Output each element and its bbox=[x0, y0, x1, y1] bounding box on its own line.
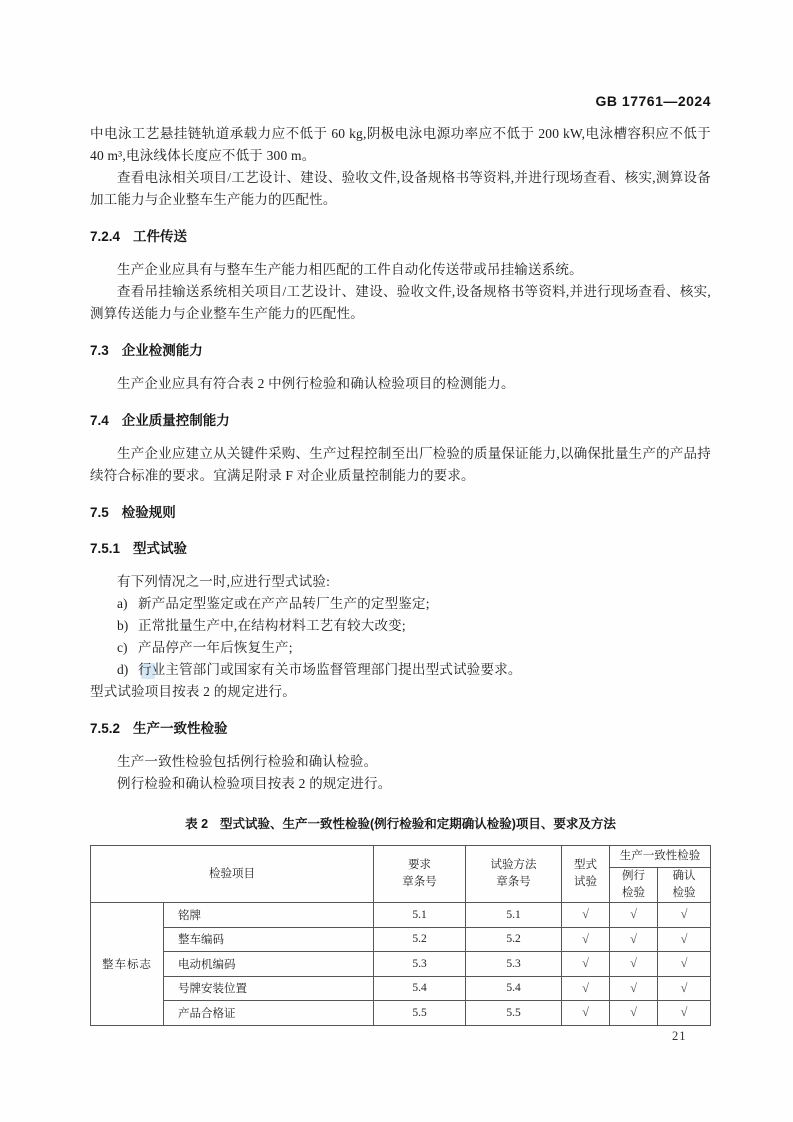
document-page: GB 17761—2024 中电泳工艺悬挂链轨道承载力应不低于 60 kg,阴极… bbox=[0, 0, 793, 1122]
list-item-label: a) bbox=[117, 593, 138, 615]
cell-item: 整车编码 bbox=[164, 927, 374, 952]
paragraph: 查看吊挂输送系统相关项目/工艺设计、建设、验收文件,设备规格书等资料,并进行现场… bbox=[90, 281, 711, 325]
paragraph: 型式试验项目按表 2 的规定进行。 bbox=[90, 681, 711, 703]
doc-number: GB 17761—2024 bbox=[596, 93, 711, 109]
section-heading-7-4: 7.4 企业质量控制能力 bbox=[90, 411, 711, 431]
list-item-label: c) bbox=[117, 637, 138, 659]
list-item-label: b) bbox=[117, 615, 138, 637]
cell-requirement: 5.3 bbox=[374, 952, 466, 977]
section-number: 7.5.2 bbox=[90, 719, 120, 739]
section-number: 7.5.1 bbox=[90, 539, 120, 559]
table-row: 号牌安装位置 5.4 5.4 √ √ √ bbox=[91, 976, 711, 1001]
list-item: c) 产品停产一年后恢复生产; bbox=[90, 637, 711, 659]
section-heading-7-5: 7.5 检验规则 bbox=[90, 503, 711, 523]
col-header-type-test: 型式 试验 bbox=[562, 846, 610, 903]
cell-requirement: 5.4 bbox=[374, 976, 466, 1001]
cell-item: 铭牌 bbox=[164, 903, 374, 928]
list-item: d) 行业主管部门或国家有关市场监督管理部门提出型式试验要求。 bbox=[90, 659, 711, 681]
cell-item: 产品合格证 bbox=[164, 1001, 374, 1026]
cell-confirm-check: √ bbox=[658, 976, 711, 1001]
col-header-confirm: 确认 检验 bbox=[658, 868, 711, 903]
cell-confirm-check: √ bbox=[658, 952, 711, 977]
cell-requirement: 5.1 bbox=[374, 903, 466, 928]
col-header-item: 检验项目 bbox=[91, 846, 374, 903]
cell-requirement: 5.5 bbox=[374, 1001, 466, 1026]
section-title: 企业质量控制能力 bbox=[122, 411, 230, 431]
section-title: 生产一致性检验 bbox=[133, 719, 228, 739]
col-header-line: 型式 bbox=[565, 857, 606, 874]
cell-method: 5.2 bbox=[466, 927, 562, 952]
section-heading-7-3: 7.3 企业检测能力 bbox=[90, 341, 711, 361]
cell-type-test-check: √ bbox=[562, 927, 610, 952]
paragraph: 例行检验和确认检验项目按表 2 的规定进行。 bbox=[90, 773, 711, 795]
cell-routine-check: √ bbox=[610, 1001, 658, 1026]
table-row: 整车编码 5.2 5.2 √ √ √ bbox=[91, 927, 711, 952]
cell-routine-check: √ bbox=[610, 927, 658, 952]
row-group-label: 整车标志 bbox=[91, 903, 164, 1026]
section-heading-7-5-2: 7.5.2 生产一致性检验 bbox=[90, 719, 711, 739]
paragraph: 生产一致性检验包括例行检验和确认检验。 bbox=[90, 751, 711, 773]
inspection-items-table: 检验项目 要求 章条号 试验方法 章条号 型式 试验 生产一致性检验 bbox=[90, 845, 711, 1026]
cell-type-test-check: √ bbox=[562, 1001, 610, 1026]
paragraph: 生产企业应具有符合表 2 中例行检验和确认检验项目的检测能力。 bbox=[90, 373, 711, 395]
list-item-text: 新产品定型鉴定或在产产品转厂生产的定型鉴定; bbox=[138, 593, 711, 615]
cell-method: 5.4 bbox=[466, 976, 562, 1001]
cell-type-test-check: √ bbox=[562, 976, 610, 1001]
cell-confirm-check: √ bbox=[658, 927, 711, 952]
col-header-method: 试验方法 章条号 bbox=[466, 846, 562, 903]
paragraph: 查看电泳相关项目/工艺设计、建设、验收文件,设备规格书等资料,并进行现场查看、核… bbox=[90, 167, 711, 211]
cell-method: 5.5 bbox=[466, 1001, 562, 1026]
list-item-text: 产品停产一年后恢复生产; bbox=[138, 637, 711, 659]
page-number: 21 bbox=[672, 1029, 687, 1044]
cell-item: 号牌安装位置 bbox=[164, 976, 374, 1001]
section-number: 7.4 bbox=[90, 411, 109, 431]
col-header-line: 章条号 bbox=[377, 874, 462, 891]
section-heading-7-5-1: 7.5.1 型式试验 bbox=[90, 539, 711, 559]
table-caption-text: 型式试验、生产一致性检验(例行检验和定期确认检验)项目、要求及方法 bbox=[220, 814, 616, 832]
cell-type-test-check: √ bbox=[562, 952, 610, 977]
cell-routine-check: √ bbox=[610, 903, 658, 928]
section-number: 7.5 bbox=[90, 503, 109, 523]
col-header-line: 检验 bbox=[661, 885, 707, 902]
cell-confirm-check: √ bbox=[658, 903, 711, 928]
paragraph: 中电泳工艺悬挂链轨道承载力应不低于 60 kg,阴极电泳电源功率应不低于 200… bbox=[90, 123, 711, 167]
table-row: 电动机编码 5.3 5.3 √ √ √ bbox=[91, 952, 711, 977]
section-title: 企业检测能力 bbox=[122, 341, 203, 361]
page-content: 中电泳工艺悬挂链轨道承载力应不低于 60 kg,阴极电泳电源功率应不低于 200… bbox=[90, 123, 711, 1026]
list-item-label: d) bbox=[117, 659, 138, 681]
col-header-line: 章条号 bbox=[469, 874, 558, 891]
section-number: 7.3 bbox=[90, 341, 109, 361]
section-number: 7.2.4 bbox=[90, 227, 120, 247]
table-row: 整车标志 铭牌 5.1 5.1 √ √ √ bbox=[91, 903, 711, 928]
col-header-line: 试验方法 bbox=[469, 857, 558, 874]
section-title: 检验规则 bbox=[122, 503, 176, 523]
col-header-line: 检验 bbox=[613, 885, 654, 902]
paragraph: 有下列情况之一时,应进行型式试验: bbox=[90, 571, 711, 593]
section-title: 型式试验 bbox=[133, 539, 187, 559]
list-item: a) 新产品定型鉴定或在产产品转厂生产的定型鉴定; bbox=[90, 593, 711, 615]
table-row: 产品合格证 5.5 5.5 √ √ √ bbox=[91, 1001, 711, 1026]
paragraph: 生产企业应具有与整车生产能力相匹配的工件自动化传送带或吊挂输送系统。 bbox=[90, 259, 711, 281]
col-header-consistency: 生产一致性检验 bbox=[610, 846, 711, 868]
cell-requirement: 5.2 bbox=[374, 927, 466, 952]
cell-method: 5.3 bbox=[466, 952, 562, 977]
col-header-line: 例行 bbox=[613, 868, 654, 885]
cell-method: 5.1 bbox=[466, 903, 562, 928]
col-header-line: 确认 bbox=[661, 868, 707, 885]
paragraph: 生产企业应建立从关键件采购、生产过程控制至出厂检验的质量保证能力,以确保批量生产… bbox=[90, 443, 711, 487]
table-header: 检验项目 要求 章条号 试验方法 章条号 型式 试验 生产一致性检验 bbox=[91, 846, 711, 903]
list-item: b) 正常批量生产中,在结构材料工艺有较大改变; bbox=[90, 615, 711, 637]
table-caption-label: 表 2 bbox=[185, 814, 208, 832]
list-item-text: 正常批量生产中,在结构材料工艺有较大改变; bbox=[138, 615, 711, 637]
type-test-conditions-list: a) 新产品定型鉴定或在产产品转厂生产的定型鉴定; b) 正常批量生产中,在结构… bbox=[90, 593, 711, 681]
col-header-line: 要求 bbox=[377, 857, 462, 874]
section-heading-7-2-4: 7.2.4 工件传送 bbox=[90, 227, 711, 247]
section-title: 工件传送 bbox=[133, 227, 187, 247]
cell-item: 电动机编码 bbox=[164, 952, 374, 977]
col-header-line: 试验 bbox=[565, 874, 606, 891]
table-caption: 表 2 型式试验、生产一致性检验(例行检验和定期确认检验)项目、要求及方法 bbox=[90, 814, 711, 832]
list-item-text: 行业主管部门或国家有关市场监督管理部门提出型式试验要求。 bbox=[138, 659, 711, 681]
cell-confirm-check: √ bbox=[658, 1001, 711, 1026]
cell-type-test-check: √ bbox=[562, 903, 610, 928]
col-header-requirement: 要求 章条号 bbox=[374, 846, 466, 903]
cell-routine-check: √ bbox=[610, 976, 658, 1001]
cell-routine-check: √ bbox=[610, 952, 658, 977]
col-header-routine: 例行 检验 bbox=[610, 868, 658, 903]
